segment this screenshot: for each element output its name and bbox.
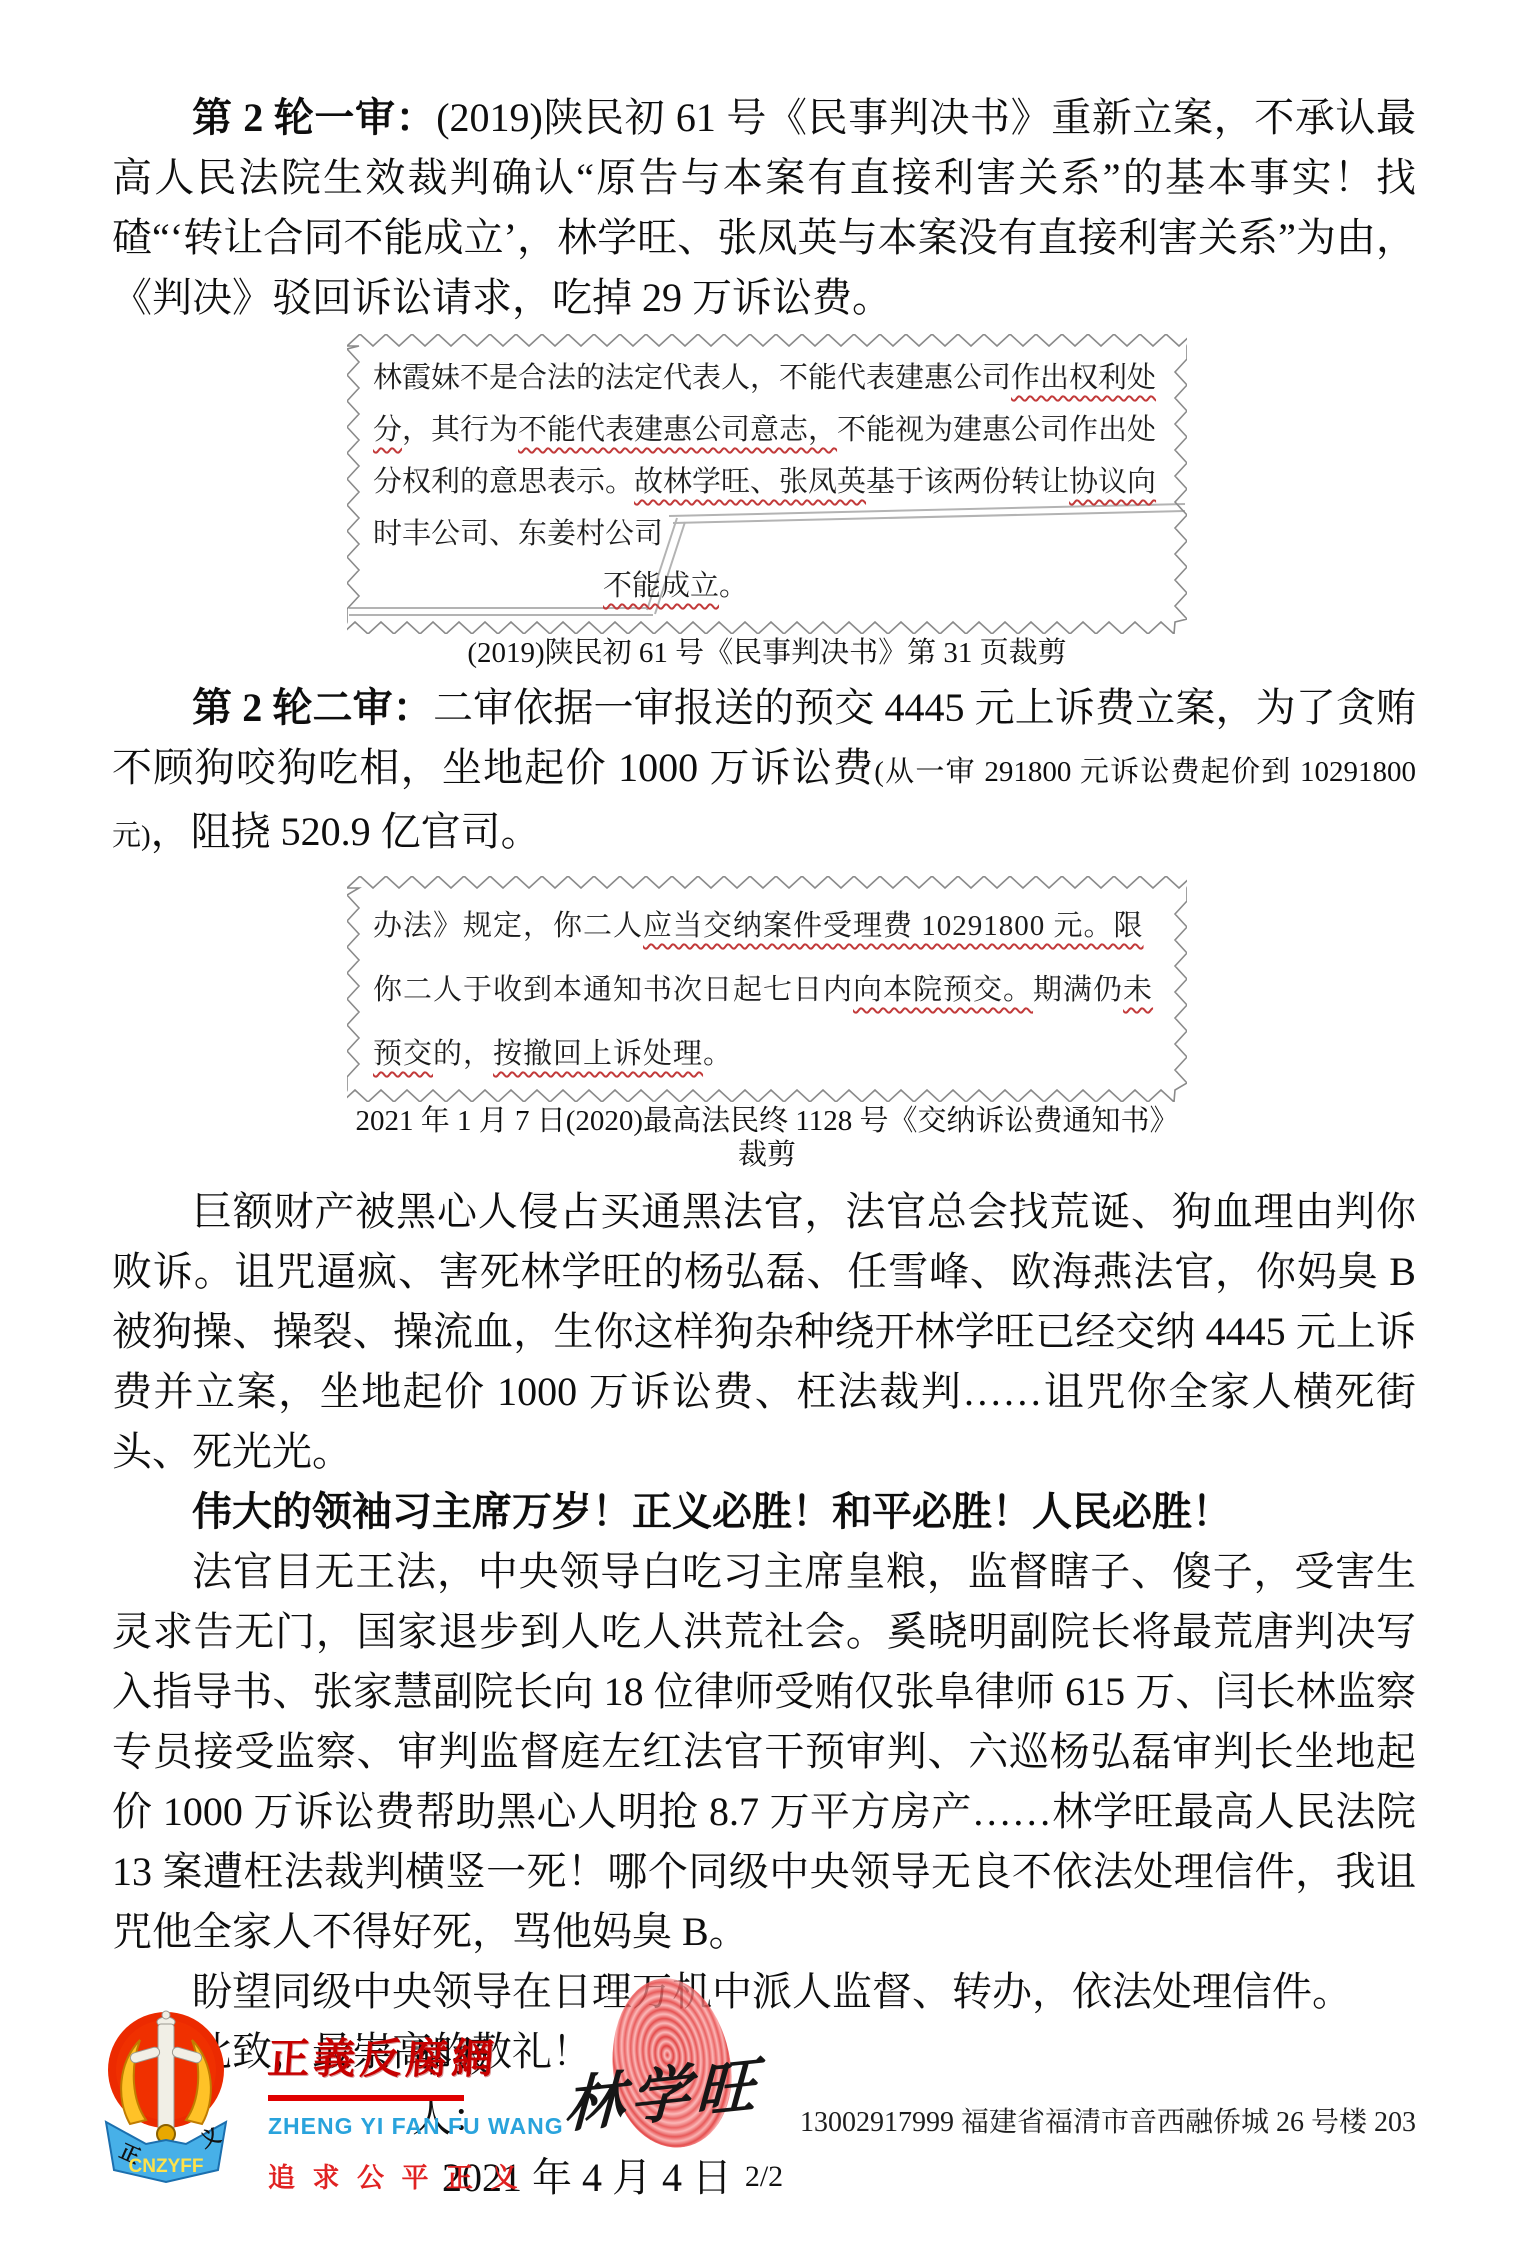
excerpt-text-underlined: 应当交纳案件受理费 10291800 元。限 (643, 910, 1144, 942)
page-number: 2/2 (745, 2160, 783, 2194)
excerpt-text: 。 (719, 570, 748, 602)
paragraph-curse: 巨额财产被黑心人侵占买通黑法官，法官总会找荒诞、狗血理由判你败诉。诅咒逼疯、害死… (112, 1182, 1416, 1482)
paragraph-lead: 第 2 轮二审： (192, 685, 433, 730)
logo-text-block: 正義反腐網 ZHENG YI FAN FU WANG 追 求 公 平 正 义 (268, 2006, 564, 2195)
excerpt-line: 时丰公司、东姜村公司 (373, 508, 1161, 560)
logo-red-divider (268, 2095, 464, 2101)
excerpt-text-underlined: 不能成立 (603, 570, 719, 602)
judgment-scan-excerpt: 林霞妹不是合法的法定代表人，不能代表建惠公司作出权利处 分，其行为不能代表建惠公… (347, 334, 1187, 634)
reporter-contact: 13002917999 福建省福清市音西融侨城 26 号楼 203 (800, 2106, 1416, 2148)
excerpt-line: 办法》规定，你二人应当交纳案件受理费 10291800 元。限 (373, 894, 1161, 958)
excerpt-text: 期满仍 (1033, 974, 1123, 1006)
excerpt-text-underlined: 未 (1123, 974, 1153, 1006)
document-content: 第 2 轮一审：(2019)陕民初 61 号《民事判决书》重新立案，不承认最高人… (0, 0, 1528, 2208)
excerpt-line: 分权利的意思表示。故林学旺、张凤英基于该两份转让协议向 (373, 456, 1161, 508)
excerpt-text-underlined: 预交 (373, 1038, 433, 1070)
paragraph-round2-second-trial: 第 2 轮二审：二审依据一审报送的预交 4445 元上诉费立案，为了贪贿不顾狗咬… (112, 678, 1416, 866)
logo-pinyin-subtitle: ZHENG YI FAN FU WANG (268, 2113, 564, 2140)
excerpt-text: 。 (703, 1038, 733, 1070)
excerpt-text: 的， (433, 1038, 493, 1070)
paragraph-slogan: 伟大的领袖习主席万岁！正义必胜！和平必胜！人民必胜！ (112, 1482, 1416, 1542)
excerpt-text: 时丰公司、东姜村公司 (373, 518, 663, 550)
paragraph-body: ，阻挠 520.9 亿官司。 (151, 809, 541, 854)
excerpt-line: 林霞妹不是合法的法定代表人，不能代表建惠公司作出权利处 (373, 352, 1161, 404)
site-watermark-logo: 正 义 CNZYFF 正義反腐網 ZHENG YI FAN FU WANG 追 … (100, 2006, 564, 2195)
excerpt-caption-fee-notice: 2021 年 1 月 7 日(2020)最高法民终 1128 号《交纳诉讼费通知… (347, 1104, 1187, 1172)
excerpt-text-underlined: 故林学旺、张凤英 (634, 466, 866, 498)
judgment-excerpt-wrap: 林霞妹不是合法的法定代表人，不能代表建惠公司作出权利处 分，其行为不能代表建惠公… (347, 334, 1187, 634)
excerpt-caption-judgment: (2019)陕民初 61 号《民事判决书》第 31 页裁剪 (347, 636, 1187, 670)
paragraph-lead: 第 2 轮一审： (192, 95, 436, 140)
excerpt-text: 办法》规定，你二人 (373, 910, 643, 942)
excerpt-text: 基于该两份转让 (866, 466, 1069, 498)
excerpt-text-underlined: 协议向 (1069, 466, 1156, 498)
excerpt-text-underlined: 分 (373, 414, 402, 446)
excerpt-line: 你二人于收到本通知书次日起七日内向本院预交。期满仍未 (373, 958, 1161, 1022)
paragraph-round2-first-trial: 第 2 轮一审：(2019)陕民初 61 号《民事判决书》重新立案，不承认最高人… (112, 88, 1416, 328)
excerpt-line-spliced: 不能成立。 (373, 560, 1161, 612)
excerpt-text-underlined: 不能代表建惠公司意志， (518, 414, 837, 446)
notice-excerpt-wrap: 办法》规定，你二人应当交纳案件受理费 10291800 元。限 你二人于收到本通… (347, 876, 1187, 1102)
badge-acronym: CNZYFF (129, 2156, 204, 2177)
excerpt-text: 你二人于收到本通知书次日起七日内 (373, 974, 853, 1006)
excerpt-text: 林霞妹不是合法的法定代表人，不能代表建惠公司 (373, 362, 1011, 394)
excerpt-text: 分权利的意思表示。 (373, 466, 634, 498)
signature-holder: 林学旺 (560, 2082, 800, 2148)
excerpt-line: 预交的，按撤回上诉处理。 (373, 1022, 1161, 1086)
logo-site-title: 正義反腐網 (266, 2026, 566, 2086)
excerpt-text: 不能视为建惠公司作出处 (837, 414, 1156, 446)
excerpt-line: 分，其行为不能代表建惠公司意志，不能视为建惠公司作出处 (373, 404, 1161, 456)
cnzyff-emblem-icon: 正 义 CNZYFF (100, 2006, 232, 2192)
excerpt-text-underlined: 按撤回上诉处理 (493, 1038, 703, 1070)
fee-notice-scan-excerpt: 办法》规定，你二人应当交纳案件受理费 10291800 元。限 你二人于收到本通… (347, 876, 1187, 1102)
logo-slogan: 追 求 公 平 正 义 (268, 2156, 564, 2195)
excerpt-text-underlined: 向本院预交。 (853, 974, 1033, 1006)
excerpt-text-underlined: 作出权利处 (1011, 362, 1156, 394)
document-date: 2021 年 4 月 4 日 (442, 2148, 1416, 2208)
excerpt-text: ，其行为 (402, 414, 518, 446)
petition-document-page: 第 2 轮一审：(2019)陕民初 61 号《民事判决书》重新立案，不承认最高人… (0, 0, 1528, 2256)
paragraph-accusations: 法官目无王法，中央领导白吃习主席皇粮，监督瞎子、傻子，受害生灵求告无门，国家退步… (112, 1542, 1416, 1962)
